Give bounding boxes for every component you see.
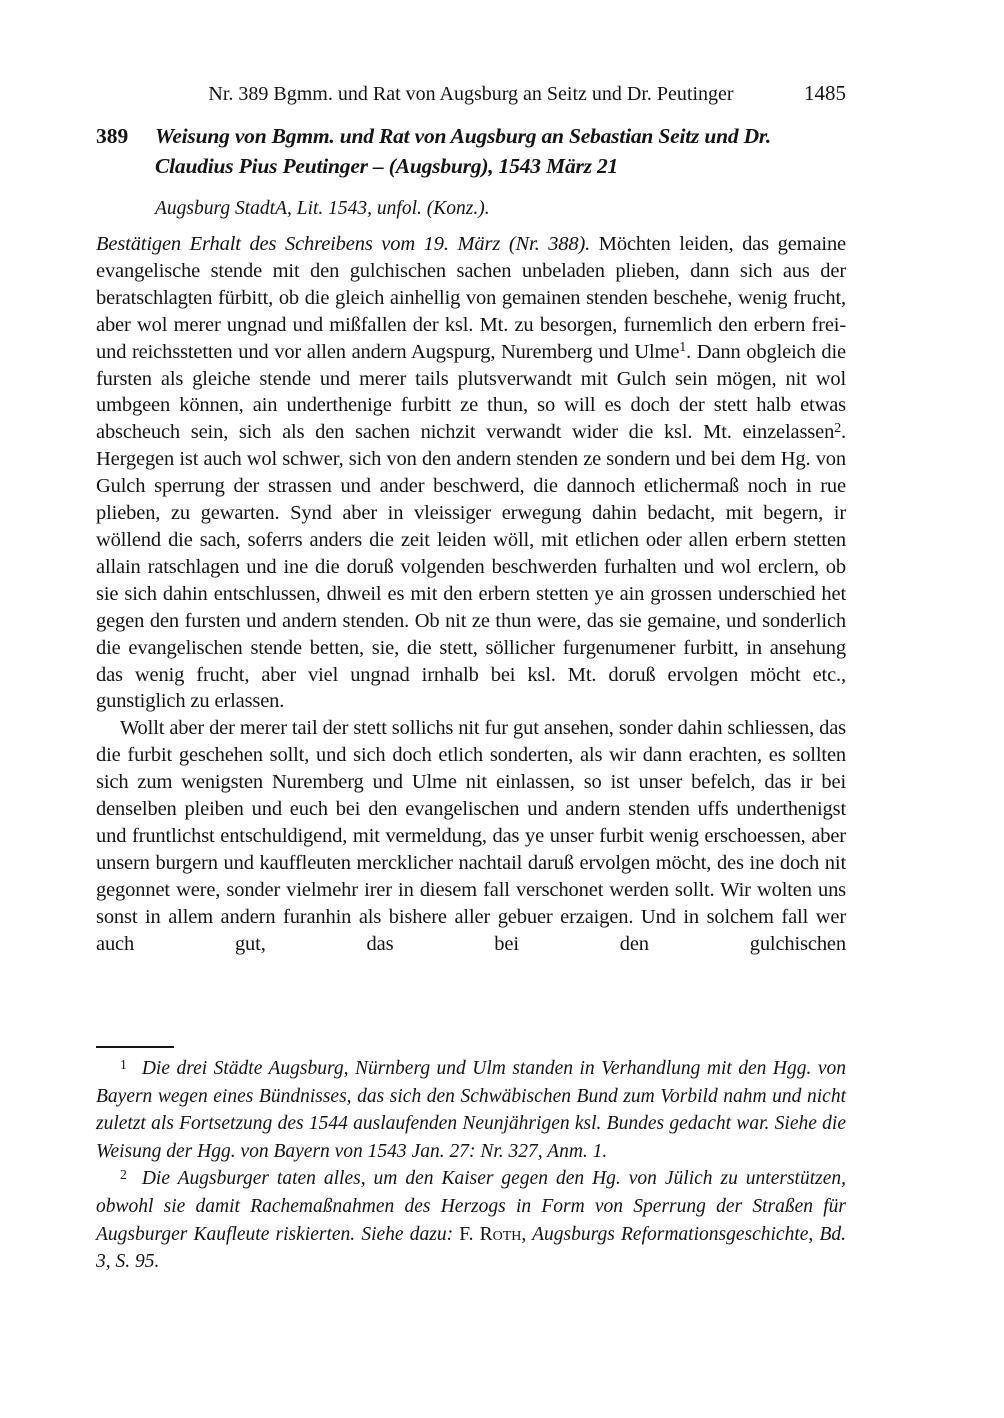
footnote-ref-1: 1 <box>679 340 686 355</box>
letter-body: Bestätigen Erhalt des Schreibens vom 19.… <box>96 231 846 957</box>
page-number: 1485 <box>804 82 846 105</box>
footnote-ref-2: 2 <box>834 421 841 436</box>
paragraph-2: Wollt aber der merer tail der stett soll… <box>96 715 846 957</box>
book-page: Nr. 389 Bgmm. und Rat von Augsburg an Se… <box>0 0 1004 1418</box>
footnote-1-text: Die drei Städte Augsburg, Nürnberg und U… <box>96 1058 846 1162</box>
body-segment-3: . Hergegen ist auch wol schwer, sich von… <box>96 421 846 712</box>
running-header-title: Nr. 389 Bgmm. und Rat von Augsburg an Se… <box>208 83 733 105</box>
footnote-2: 2Die Augsburger taten alles, um den Kais… <box>96 1165 846 1275</box>
paragraph-1: Bestätigen Erhalt des Schreibens vom 19.… <box>96 231 846 715</box>
entry-heading: 389 Weisung von Bgmm. und Rat von Augsbu… <box>96 121 846 181</box>
running-header: Nr. 389 Bgmm. und Rat von Augsburg an Se… <box>96 83 846 106</box>
footnote-2-marker: 2 <box>120 1167 127 1182</box>
entry-number: 389 <box>96 121 155 181</box>
footnotes-section: 1Die drei Städte Augsburg, Nürnberg und … <box>96 1046 846 1276</box>
footnote-separator-rule <box>96 1046 174 1048</box>
archival-source: Augsburg StadtA, Lit. 1543, unfol. (Konz… <box>155 197 490 220</box>
footnote-1-marker: 1 <box>120 1057 127 1072</box>
footnote-2-author-name: F. Roth <box>459 1224 521 1245</box>
entry-title: Weisung von Bgmm. und Rat von Augsburg a… <box>155 121 846 181</box>
footnote-1: 1Die drei Städte Augsburg, Nürnberg und … <box>96 1055 846 1165</box>
regest-summary: Bestätigen Erhalt des Schreibens vom 19.… <box>96 233 590 255</box>
